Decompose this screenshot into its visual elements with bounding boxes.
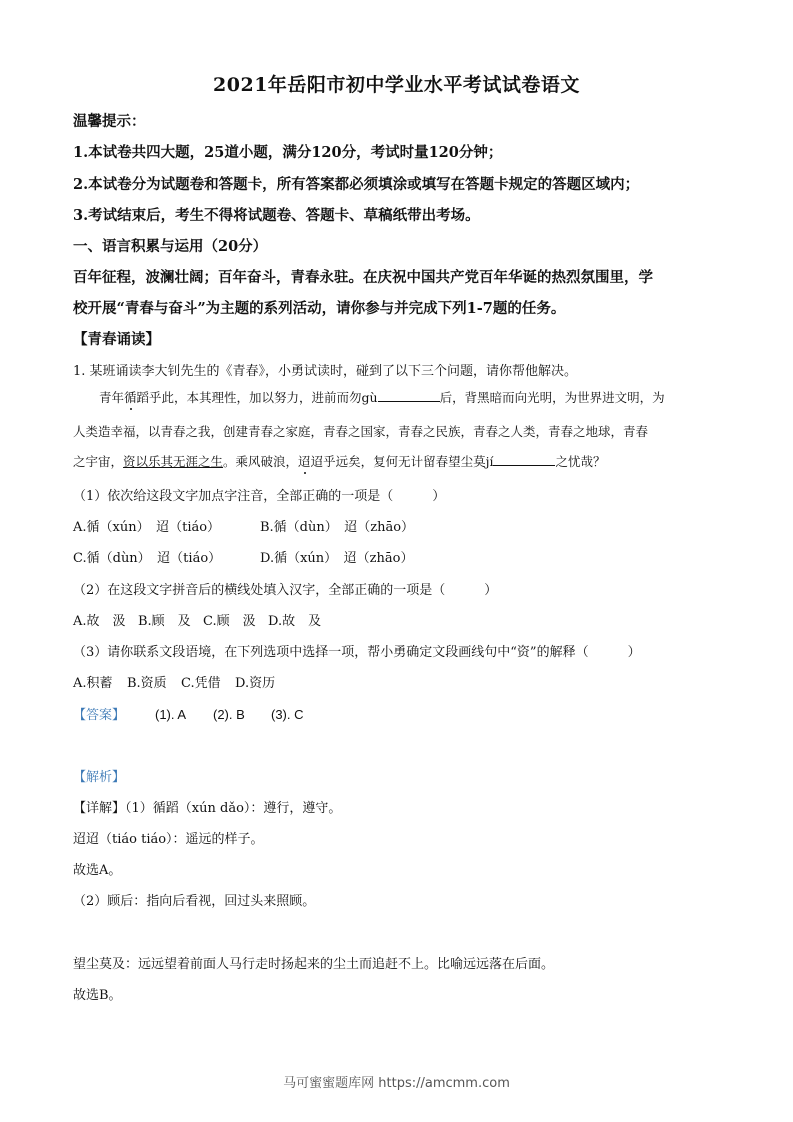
analysis-label: 【解析】 <box>73 766 125 785</box>
option-c: C.循（dùn） 迢（tiáo） <box>73 547 260 566</box>
passage-line-1: 青年循蹈乎此，本其理性，加以努力，进前而勿gù后，背黑暗而向光明，为世界进文明，… <box>99 388 665 406</box>
passage-text: 迢乎远矣，复何无计留春望尘莫jí <box>311 454 494 469</box>
passage-text: 后，背黑暗而向光明，为世界进文明，为 <box>440 390 665 405</box>
notice-heading: 温馨提示： <box>73 110 146 131</box>
option-b: B.顾 及 <box>138 610 203 629</box>
answer-value-1: (1). A <box>155 707 213 722</box>
dotted-character: 循 <box>124 390 137 405</box>
sub-question-3-options: A.积蓄B.资质C.凭借D.资历 <box>73 672 275 691</box>
section-intro-line-2: 校开展“青春与奋斗”为主题的系列活动，请你参与并完成下列1-7题的任务。 <box>73 297 565 318</box>
passage-text: 蹈乎此，本其理性，加以努力，进前而勿gù <box>137 390 378 405</box>
sub-question-1-options-row-1: A.循（xún） 迢（tiáo）B.循（dùn） 迢（zhāo） <box>73 516 414 535</box>
answer-row: 【答案】(1). A(2). B(3). C <box>73 704 304 723</box>
option-b: B.资质 <box>127 672 181 691</box>
answer-value-3: (3). C <box>271 707 304 722</box>
passage-text: 。乘风破浪， <box>223 454 298 469</box>
question-1-stem: 1. 某班诵读李大钊先生的《青春》，小勇试读时，碰到了以下三个问题，请你帮他解决… <box>73 360 577 379</box>
sub-question-2-options: A.故 汲B.顾 及C.顾 汲D.故 及 <box>73 610 321 629</box>
passage-line-2: 人类造幸福，以青春之我，创建青春之家庭，青春之国家，青春之民族，青春之人类，青春… <box>73 422 648 440</box>
section-intro-line-1: 百年征程，波澜壮阔；百年奋斗，青春永驻。在庆祝中国共产党百年华诞的热烈氛围里，学 <box>73 266 653 287</box>
analysis-line-3: 故选A。 <box>73 859 121 878</box>
option-b: B.循（dùn） 迢（zhāo） <box>260 516 414 535</box>
exam-page: 2021年岳阳市初中学业水平考试试卷语文 温馨提示： 1.本试卷共四大题，25道… <box>0 0 793 1122</box>
option-a: A.循（xún） 迢（tiáo） <box>73 516 260 535</box>
option-d: D.资历 <box>235 672 275 691</box>
analysis-line-4: （2）顾后：指向后看视，回过头来照顾。 <box>73 890 315 909</box>
sub-question-1-prompt: （1）依次给这段文字加点字注音，全部正确的一项是（ ） <box>73 485 445 504</box>
option-c: C.凭借 <box>181 672 235 691</box>
detail-label: 【详解】 <box>73 801 125 816</box>
sub-question-3-prompt: （3）请你联系文段语境，在下列选项中选择一项，帮小勇确定文段画线句中“资”的解释… <box>73 641 641 660</box>
passage-text: 青年 <box>99 390 124 405</box>
fill-blank <box>378 389 440 402</box>
option-d: D.循（xún） 迢（zhāo） <box>260 547 413 566</box>
page-title: 2021年岳阳市初中学业水平考试试卷语文 <box>0 70 793 97</box>
notice-item-2: 2.本试卷分为试题卷和答题卡，所有答案都必须填涂或填写在答题卡规定的答题区域内； <box>73 173 639 194</box>
analysis-line-5: 望尘莫及：远远望着前面人马行走时扬起来的尘土而追赶不上。比喻远远落在后面。 <box>73 953 554 972</box>
section-heading: 一、语言积累与运用（20分） <box>73 235 267 256</box>
option-a: A.故 汲 <box>73 610 138 629</box>
notice-item-3: 3.考试结束后，考生不得将试题卷、答题卡、草稿纸带出考场。 <box>73 204 480 225</box>
answer-value-2: (2). B <box>213 707 271 722</box>
sub-question-1-options-row-2: C.循（dùn） 迢（tiáo）D.循（xún） 迢（zhāo） <box>73 547 413 566</box>
answer-label: 【答案】 <box>73 704 155 723</box>
passage-text: 之宇宙， <box>73 454 123 469</box>
dotted-character: 迢 <box>298 454 311 469</box>
analysis-line-1: 【详解】（1）循蹈（xún dǎo）：遵行，遵守。 <box>73 797 341 816</box>
section-subheading: 【青春诵读】 <box>73 328 160 349</box>
fill-blank <box>493 453 555 466</box>
footer-watermark: 马可蜜蜜题库网 https://amcmm.com <box>0 1072 793 1091</box>
sub-question-2-prompt: （2）在这段文字拼音后的横线处填入汉字，全部正确的一项是（ ） <box>73 579 497 598</box>
passage-text: 之忧哉？ <box>555 454 605 469</box>
analysis-line-2: 迢迢（tiáo tiáo）：遥远的样子。 <box>73 828 264 847</box>
analysis-line-6: 故选B。 <box>73 984 122 1003</box>
option-a: A.积蓄 <box>73 672 127 691</box>
option-c: C.顾 汲 <box>203 610 268 629</box>
underlined-sentence: 资以乐其无涯之生 <box>123 454 223 469</box>
passage-line-3: 之宇宙，资以乐其无涯之生。乘风破浪，迢迢乎远矣，复何无计留春望尘莫jí之忧哉？ <box>73 452 605 470</box>
notice-item-1: 1.本试卷共四大题，25道小题，满分120分，考试时量120分钟； <box>73 141 502 162</box>
analysis-text: （1）循蹈（xún dǎo）：遵行，遵守。 <box>125 801 341 816</box>
option-d: D.故 及 <box>268 610 321 629</box>
